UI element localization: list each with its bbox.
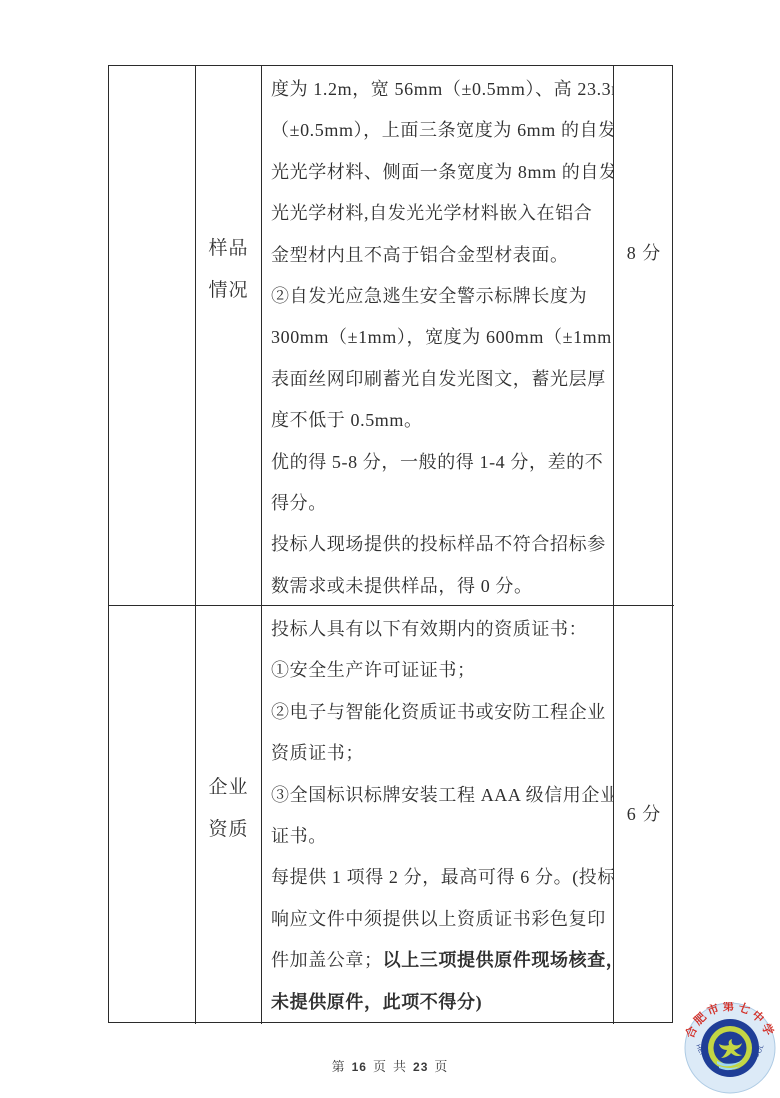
- criteria-line: 数需求或未提供样品，得 0 分。: [271, 566, 607, 606]
- criteria-line: 度为 1.2m，宽 56mm（±0.5mm）、高 23.3mm: [271, 69, 607, 110]
- footer-text: 页: [434, 1059, 448, 1074]
- criteria-line: ③全国标识标牌安装工程 AAA 级信用企业: [271, 775, 607, 816]
- category-cell-empty: [109, 606, 196, 1024]
- criteria-line: （±0.5mm），上面三条宽度为 6mm 的自发: [271, 110, 607, 151]
- criteria-line: 投标人现场提供的投标样品不符合招标参: [271, 524, 607, 565]
- criteria-line: 光光学材料、侧面一条宽度为 8mm 的自发: [271, 152, 607, 193]
- row-label-line: 企业: [196, 767, 261, 809]
- criteria-line: ①安全生产许可证证书；: [271, 650, 607, 691]
- category-cell-empty: [109, 66, 196, 606]
- criteria-line: 件加盖公章；以上三项提供原件现场核查，: [271, 940, 607, 981]
- score-cell-qualification: 6 分: [614, 606, 674, 1024]
- criteria-line: 证书。: [271, 816, 607, 857]
- footer-text: 共: [393, 1059, 407, 1074]
- row-label-sample: 样品 情况: [196, 66, 262, 606]
- criteria-line: 得分。: [271, 483, 607, 524]
- criteria-line: ②自发光应急逃生安全警示标牌长度为: [271, 276, 607, 317]
- criteria-line: 每提供 1 项得 2 分，最高可得 6 分。(投标: [271, 857, 607, 898]
- row-label-line: 样品: [196, 228, 261, 270]
- criteria-line: 300mm（±1mm），宽度为 600mm（±1mm），: [271, 317, 607, 358]
- criteria-line: 表面丝网印刷蓄光自发光图文，蓄光层厚: [271, 359, 607, 400]
- total-page-number: 23: [413, 1060, 428, 1074]
- row-label-line: 资质: [196, 809, 261, 851]
- criteria-line: 度不低于 0.5mm。: [271, 400, 607, 441]
- criteria-line: 优的得 5-8 分，一般的得 1-4 分，差的不: [271, 442, 607, 483]
- row-label-qualification: 企业 资质: [196, 606, 262, 1024]
- row-label-line: 情况: [196, 270, 261, 312]
- criteria-line: 未提供原件，此项不得分): [271, 982, 607, 1023]
- criteria-cell-sample: 度为 1.2m，宽 56mm（±0.5mm）、高 23.3mm （±0.5mm）…: [262, 66, 614, 606]
- evaluation-table: 样品 情况 度为 1.2m，宽 56mm（±0.5mm）、高 23.3mm （±…: [108, 65, 673, 1023]
- criteria-line: 投标人具有以下有效期内的资质证书：: [271, 609, 607, 650]
- footer-text: 第: [332, 1059, 346, 1074]
- footer-text: 页: [373, 1059, 387, 1074]
- school-badge-icon: 合肥市第七中学 HEFEI NO.7 HIGH SCHOOL: [684, 1002, 776, 1094]
- criteria-cell-qualification: 投标人具有以下有效期内的资质证书： ①安全生产许可证证书； ②电子与智能化资质证…: [262, 606, 614, 1024]
- criteria-line: 响应文件中须提供以上资质证书彩色复印: [271, 899, 607, 940]
- page-number-footer: 第16页共23页: [0, 1056, 780, 1075]
- document-page: 样品 情况 度为 1.2m，宽 56mm（±0.5mm）、高 23.3mm （±…: [0, 0, 780, 1098]
- criteria-line: 资质证书；: [271, 733, 607, 774]
- current-page-number: 16: [352, 1060, 367, 1074]
- score-cell-sample: 8 分: [614, 66, 674, 606]
- school-badge-logo: 合肥市第七中学 HEFEI NO.7 HIGH SCHOOL: [684, 1002, 776, 1094]
- criteria-line: ②电子与智能化资质证书或安防工程企业: [271, 692, 607, 733]
- score-value: 8 分: [614, 232, 674, 274]
- criteria-line: 金型材内且不高于铝合金型材表面。: [271, 235, 607, 276]
- criteria-line: 光光学材料,自发光光学材料嵌入在铝合: [271, 193, 607, 234]
- score-value: 6 分: [614, 793, 674, 835]
